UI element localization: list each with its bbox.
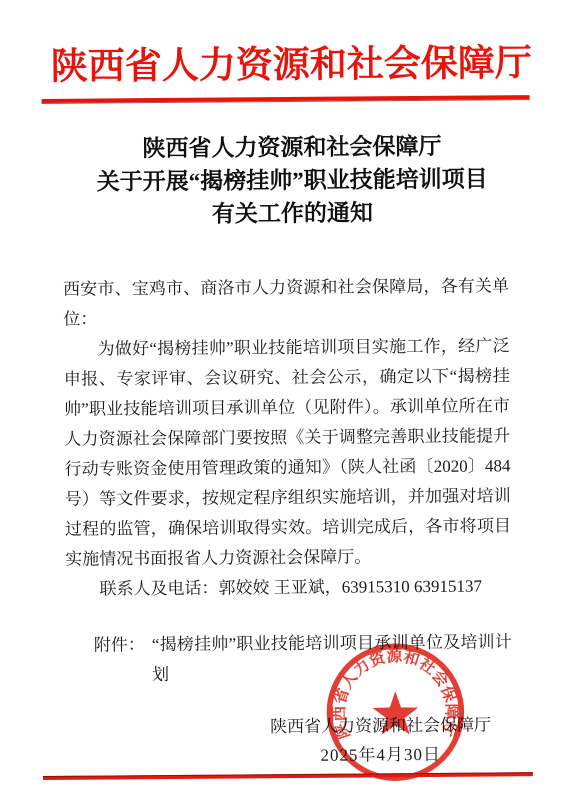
attachment-note: 附件： “揭榜挂帅”职业技能培训项目承训单位及培训计划 [94, 627, 514, 690]
main-paragraph: 为做好“揭榜挂帅”职业技能培训项目实施工作，经广泛申报、专家评审、会议研究、社会… [63, 331, 511, 574]
signature-agency: 陕西省人力资源和社会保障厅 [260, 710, 500, 741]
footer-divider [43, 772, 533, 780]
letterhead-divider [42, 95, 530, 104]
salutation: 西安市、宝鸡市、商洛市人力资源和社会保障局，各有关单位： [63, 271, 509, 335]
attachment-label: 附件： [94, 630, 145, 660]
scanned-content: 陕西省人力资源和社会保障厅 陕西省人力资源和社会保障厅 关于开展“揭榜挂帅”职业… [0, 0, 588, 810]
signature-block: 陕西省人力资源和社会保障厅 2025年4月30日 [260, 710, 500, 770]
document-title: 陕西省人力资源和社会保障厅 关于开展“揭榜挂帅”职业技能培训项目 有关工作的通知 [0, 129, 587, 233]
document-title-line3: 有关工作的通知 [0, 195, 587, 233]
document-title-line1: 陕西省人力资源和社会保障厅 [0, 129, 586, 167]
letterhead-agency-title: 陕西省人力资源和社会保障厅 [0, 42, 586, 91]
attachment-text: “揭榜挂帅”职业技能培训项目承训单位及培训计划 [152, 627, 512, 690]
document-page: 陕西省人力资源和社会保障厅 陕西省人力资源和社会保障厅 关于开展“揭榜挂帅”职业… [0, 0, 588, 810]
document-body: 西安市、宝鸡市、商洛市人力资源和社会保障局，各有关单位： 为做好“揭榜挂帅”职业… [63, 271, 512, 604]
signature-date: 2025年4月30日 [261, 739, 501, 770]
document-title-line2: 关于开展“揭榜挂帅”职业技能培训项目 [0, 162, 586, 200]
contact-line: 联系人及电话：郭姣姣 王亚斌，63915310 63915137 [65, 571, 511, 605]
